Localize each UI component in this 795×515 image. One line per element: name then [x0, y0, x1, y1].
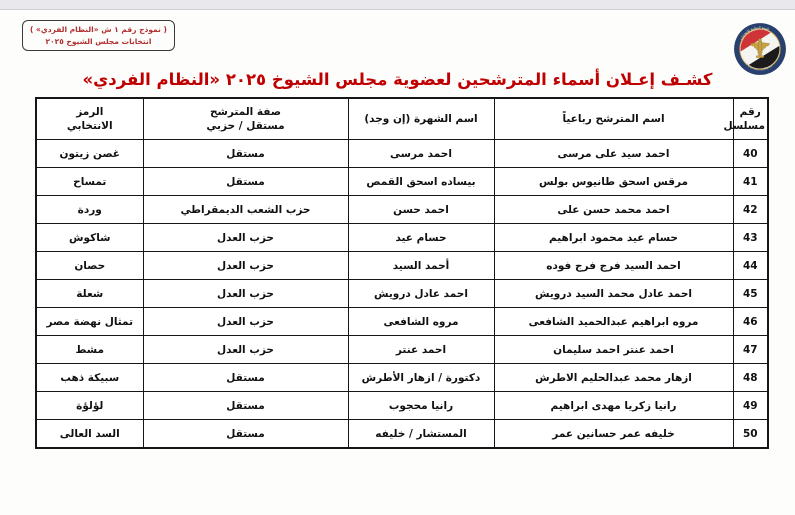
cell-serial: 49	[733, 392, 768, 420]
cell-symbol: لؤلؤة	[36, 392, 143, 420]
cell-capacity: حزب العدل	[143, 224, 348, 252]
cell-serial: 45	[733, 280, 768, 308]
candidates-table-header: رقممسلسلاسم المترشح رباعياًاسم الشهرة (إ…	[36, 98, 768, 140]
cell-name: خليفه عمر حسانين عمر	[494, 420, 733, 449]
form-number-stamp: ( نموذج رقم ١ ش «النظام الفردي» ) انتخاب…	[22, 20, 175, 51]
column-header: اسم الشهرة (إن وجد)	[348, 98, 494, 140]
cell-symbol: غصن زيتون	[36, 140, 143, 168]
cell-capacity: حزب العدل	[143, 252, 348, 280]
national-election-authority-emblem-icon: الهيئة الوطنية للانتخابات National Elect…	[733, 22, 787, 76]
cell-symbol: السد العالى	[36, 420, 143, 449]
cell-known-as: أحمد السيد	[348, 252, 494, 280]
election-name-line: انتخابات مجلس الشيوخ ٢٠٢٥	[30, 36, 167, 48]
cell-symbol: شعلة	[36, 280, 143, 308]
cell-symbol: مشط	[36, 336, 143, 364]
column-header: الرمزالانتخابي	[36, 98, 143, 140]
cell-known-as: حسام عيد	[348, 224, 494, 252]
cell-capacity: مستقل	[143, 392, 348, 420]
cell-known-as: المستشار / خليفه	[348, 420, 494, 449]
cell-symbol: تمثال نهضة مصر	[36, 308, 143, 336]
cell-name: احمد محمد حسن على	[494, 196, 733, 224]
table-row: 47احمد عنتر احمد سليماناحمد عنترحزب العد…	[36, 336, 768, 364]
cell-capacity: حزب الشعب الديمقراطي	[143, 196, 348, 224]
cell-known-as: بيساده اسحق القمص	[348, 168, 494, 196]
table-row: 43حسام عيد محمود ابراهيمحسام عيدحزب العد…	[36, 224, 768, 252]
cell-serial: 44	[733, 252, 768, 280]
table-row: 42احمد محمد حسن علىاحمد حسنحزب الشعب الد…	[36, 196, 768, 224]
cell-capacity: مستقل	[143, 420, 348, 449]
cell-name: ازهار محمد عبدالحليم الاطرش	[494, 364, 733, 392]
table-row: 50خليفه عمر حسانين عمرالمستشار / خليفهمس…	[36, 420, 768, 449]
window-top-bar	[0, 0, 795, 10]
cell-known-as: دكتورة / ازهار الأطرش	[348, 364, 494, 392]
cell-capacity: مستقل	[143, 168, 348, 196]
cell-known-as: مروه الشافعى	[348, 308, 494, 336]
cell-symbol: سبيكة ذهب	[36, 364, 143, 392]
column-header: اسم المترشح رباعياً	[494, 98, 733, 140]
page-title: كشـف إعـلان أسماء المترشحين لعضوية مجلس …	[0, 70, 795, 89]
table-row: 46مروه ابراهيم عبدالحميد الشافعىمروه الش…	[36, 308, 768, 336]
column-header: رقممسلسل	[733, 98, 768, 140]
cell-name: احمد السيد فرج فرج فوده	[494, 252, 733, 280]
cell-serial: 50	[733, 420, 768, 449]
cell-known-as: احمد حسن	[348, 196, 494, 224]
cell-known-as: احمد مرسى	[348, 140, 494, 168]
form-number-line: ( نموذج رقم ١ ش «النظام الفردي» )	[30, 24, 167, 36]
cell-serial: 48	[733, 364, 768, 392]
candidates-table: رقممسلسلاسم المترشح رباعياًاسم الشهرة (إ…	[35, 97, 769, 449]
cell-symbol: وردة	[36, 196, 143, 224]
cell-known-as: رانيا محجوب	[348, 392, 494, 420]
cell-capacity: حزب العدل	[143, 308, 348, 336]
cell-name: مروه ابراهيم عبدالحميد الشافعى	[494, 308, 733, 336]
cell-serial: 47	[733, 336, 768, 364]
table-row: 49رانيا زكريا مهدى ابراهيمرانيا محجوبمست…	[36, 392, 768, 420]
cell-capacity: حزب العدل	[143, 336, 348, 364]
cell-capacity: مستقل	[143, 140, 348, 168]
table-row: 44احمد السيد فرج فرج فودهأحمد السيدحزب ا…	[36, 252, 768, 280]
cell-serial: 43	[733, 224, 768, 252]
cell-capacity: مستقل	[143, 364, 348, 392]
table-row: 45احمد عادل محمد السيد درويشاحمد عادل در…	[36, 280, 768, 308]
cell-name: احمد عادل محمد السيد درويش	[494, 280, 733, 308]
cell-serial: 42	[733, 196, 768, 224]
table-row: 41مرقس اسحق طانيوس بولسبيساده اسحق القمص…	[36, 168, 768, 196]
cell-name: رانيا زكريا مهدى ابراهيم	[494, 392, 733, 420]
cell-symbol: تمساح	[36, 168, 143, 196]
cell-capacity: حزب العدل	[143, 280, 348, 308]
cell-name: احمد سيد على مرسى	[494, 140, 733, 168]
cell-name: احمد عنتر احمد سليمان	[494, 336, 733, 364]
table-row: 40احمد سيد على مرسىاحمد مرسىمستقلغصن زيت…	[36, 140, 768, 168]
column-header: صفة المترشحمستقل / حزبي	[143, 98, 348, 140]
cell-name: حسام عيد محمود ابراهيم	[494, 224, 733, 252]
cell-serial: 41	[733, 168, 768, 196]
cell-serial: 46	[733, 308, 768, 336]
cell-symbol: حصان	[36, 252, 143, 280]
cell-known-as: احمد عادل درويش	[348, 280, 494, 308]
table-row: 48ازهار محمد عبدالحليم الاطرشدكتورة / از…	[36, 364, 768, 392]
cell-serial: 40	[733, 140, 768, 168]
cell-known-as: احمد عنتر	[348, 336, 494, 364]
cell-name: مرقس اسحق طانيوس بولس	[494, 168, 733, 196]
cell-symbol: شاكوش	[36, 224, 143, 252]
